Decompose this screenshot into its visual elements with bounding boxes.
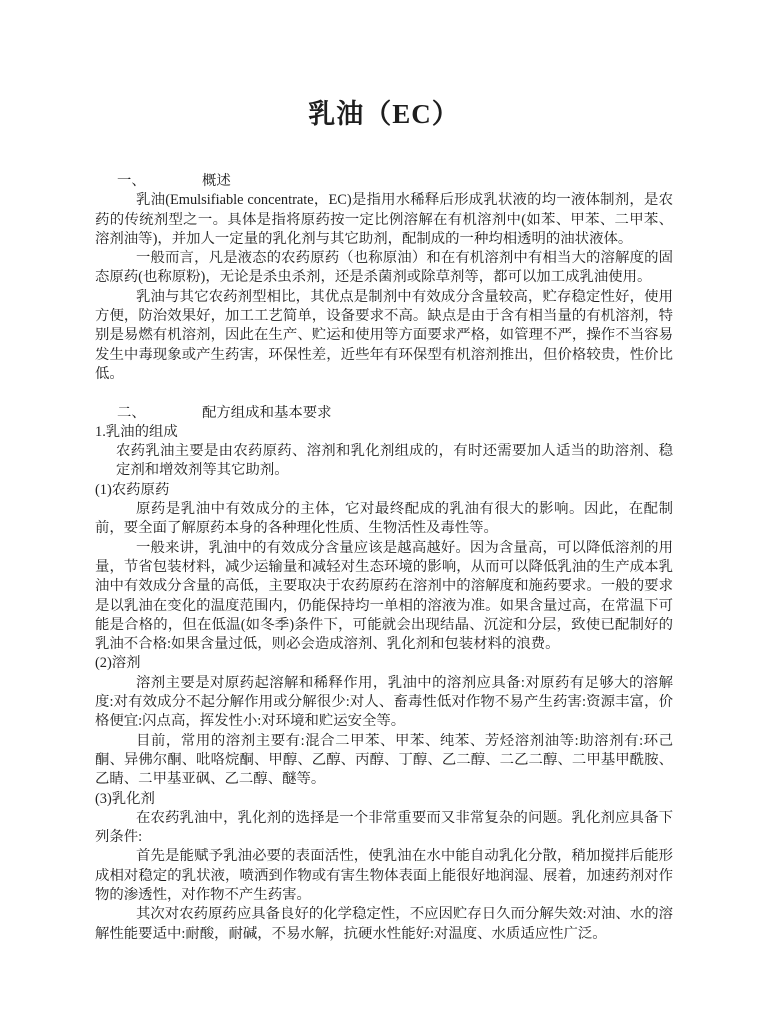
section-number: 二、 — [117, 404, 202, 423]
subheading: (3)乳化剂 — [95, 790, 673, 809]
document-title: 乳油（EC） — [0, 97, 768, 131]
paragraph: 农药乳油主要是由农药原药、溶剂和乳化剂组成的，有时还需要加人适当的助溶剂、稳定剂… — [116, 442, 673, 481]
paragraph: 溶剂主要是对原药起溶解和稀释作用，乳油中的溶剂应具备:对原药有足够大的溶解度:对… — [95, 674, 673, 732]
section-number: 一、 — [117, 172, 202, 191]
paragraph: 乳油与其它农药剂型相比，其优点是制剂中有效成分含量较高，贮存稳定性好，使用方便，… — [95, 288, 673, 384]
paragraph: 一般来讲，乳油中的有效成分含量应该是越高越好。因为含量高，可以降低溶剂的用量，节… — [95, 539, 673, 655]
paragraph: 其次对农药原药应具备良好的化学稳定性，不应因贮存日久而分解失效:对油、水的溶解性… — [95, 905, 673, 944]
section-heading-label: 配方组成和基本要求 — [202, 405, 332, 421]
paragraph: 一般而言，凡是液态的农药原药（也称原油）和在有机溶剂中有相当大的溶解度的固态原药… — [95, 249, 673, 288]
paragraph: 首先是能赋予乳油必要的表面活性，使乳油在水中能自动乳化分散，稍加搅拌后能形成相对… — [95, 847, 673, 905]
paragraph: 乳油(Emulsifiable concentrate，EC)是指用水稀释后形成… — [95, 191, 673, 249]
section-heading: 一、概述 — [95, 172, 673, 191]
document-content: 一、概述乳油(Emulsifiable concentrate，EC)是指用水稀… — [95, 172, 673, 944]
section-heading-label: 概述 — [202, 173, 231, 189]
subheading: (1)农药原药 — [95, 481, 673, 500]
subheading: (2)溶剂 — [95, 654, 673, 673]
paragraph: 在农药乳油中，乳化剂的选择是一个非常重要而又非常复杂的问题。乳化剂应具备下列条件… — [95, 809, 673, 848]
document-page: 乳油（EC） 一、概述乳油(Emulsifiable concentrate，E… — [0, 0, 768, 1024]
subheading: 1.乳油的组成 — [95, 423, 673, 442]
section-heading: 二、配方组成和基本要求 — [95, 404, 673, 423]
paragraph: 原药是乳油中有效成分的主体，它对最终配成的乳油有很大的影响。因此，在配制前，要全… — [95, 500, 673, 539]
paragraph: 目前，常用的溶剂主要有:混合二甲苯、甲苯、纯苯、芳烃溶剂油等:助溶剂有:环己酮、… — [95, 732, 673, 790]
